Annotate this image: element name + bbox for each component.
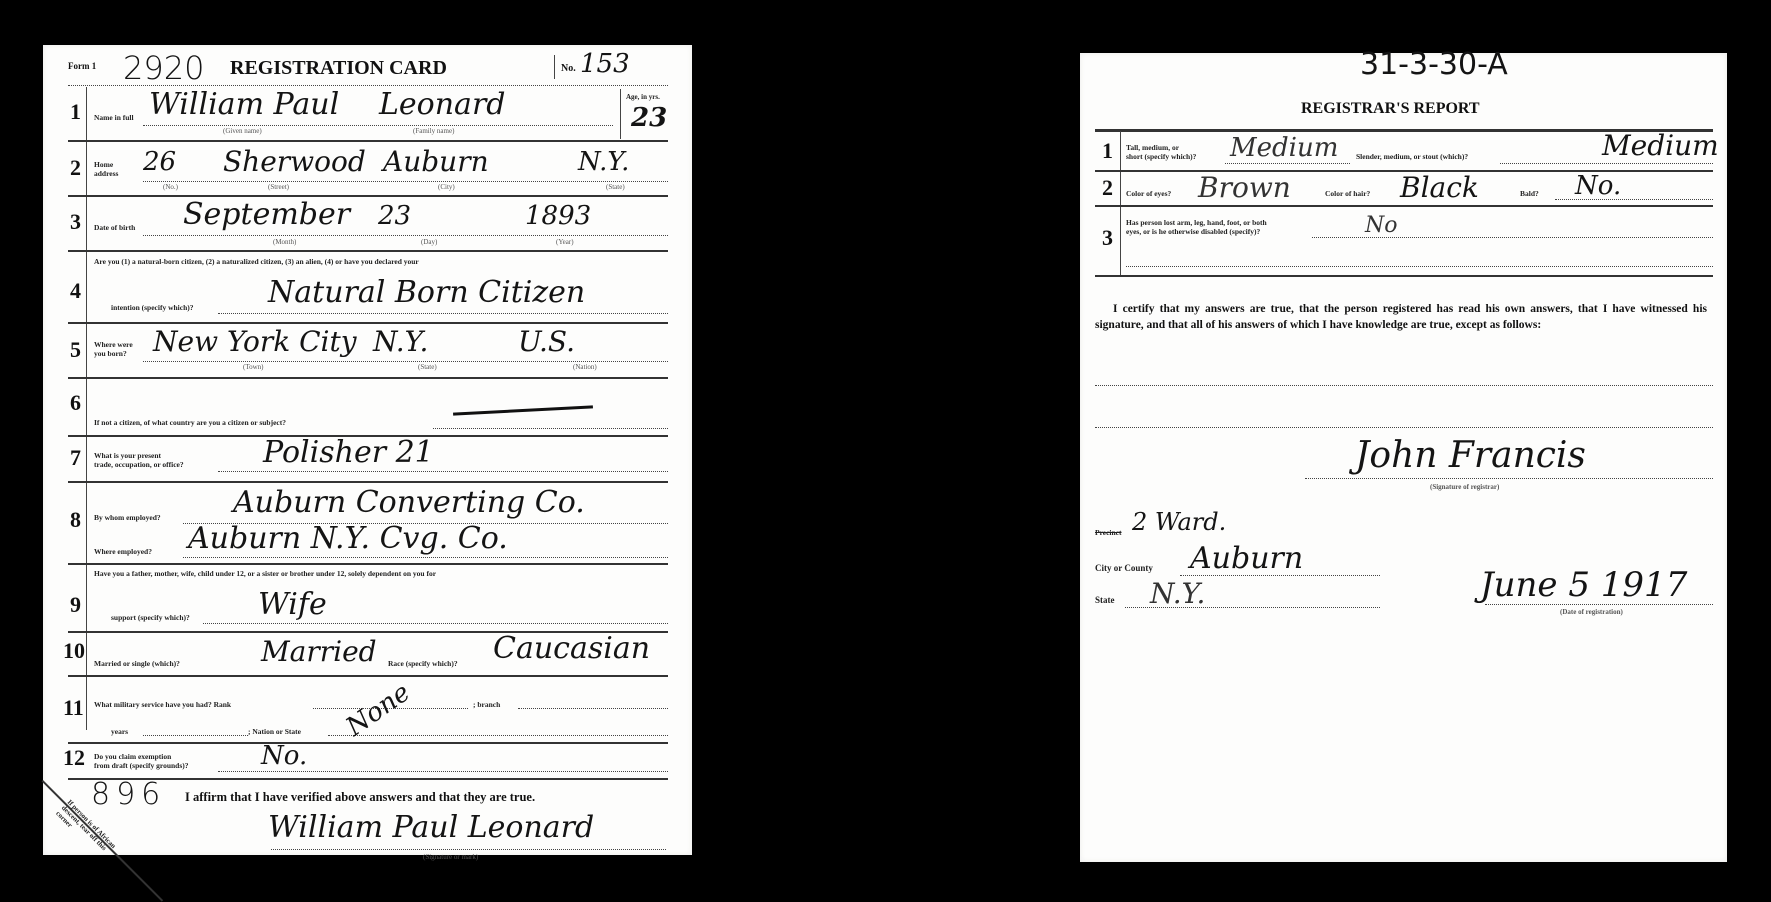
handwritten-number: 896 [91, 777, 166, 812]
divider [1095, 205, 1713, 207]
precinct-value: 2 Ward. [1132, 508, 1226, 536]
report-stamp: 31-3-30-A [1360, 47, 1508, 82]
divider [86, 87, 87, 730]
race-label: Race (specify which)? [388, 659, 458, 668]
divider [218, 313, 668, 314]
divider [143, 235, 668, 236]
height-value: Medium [1230, 133, 1338, 163]
street-value: Sherwood [223, 145, 366, 178]
divider [1312, 237, 1713, 238]
occupation-label-2: trade, occupation, or office? [94, 460, 184, 469]
height-label-1: Tall, medium, or [1126, 143, 1179, 152]
divider [1095, 275, 1713, 277]
divider [68, 675, 668, 677]
exemption-label-1: Do you claim exemption [94, 752, 171, 761]
birth-year-value: 1893 [525, 201, 591, 231]
state-caption: (State) [418, 363, 437, 371]
citizenship-label: intention (specify which)? [111, 303, 194, 312]
branch-label: ; branch [473, 700, 500, 709]
divider [68, 742, 668, 744]
birth-state-value: N.Y. [373, 325, 428, 358]
birth-nation-value: U.S. [518, 325, 575, 358]
dependents-value: Wife [258, 587, 327, 622]
employer-value: Auburn Converting Co. [233, 485, 585, 520]
row-number: 6 [70, 390, 81, 416]
family-name-value: Leonard [379, 87, 506, 122]
race-value: Caucasian [493, 631, 650, 666]
no-label: No. [561, 63, 576, 74]
divider [1555, 199, 1713, 200]
signature-line [1305, 478, 1713, 479]
dependents-question: Have you a father, mother, wife, child u… [94, 569, 436, 578]
registrant-signature: William Paul Leonard [268, 810, 594, 845]
age-label: Age, in yrs. [626, 93, 660, 102]
affirmation-text: I affirm that I have verified above answ… [185, 790, 535, 805]
registration-date-value: June 5 1917 [1480, 565, 1687, 605]
divider [328, 735, 668, 736]
row-number: 7 [70, 445, 81, 471]
work-location-value: Auburn N.Y. Cvg. Co. [188, 521, 508, 556]
address-label: address [94, 169, 118, 178]
occupation-value: Polisher 21 [263, 435, 434, 470]
work-location-label: Where employed? [94, 547, 152, 556]
registrars-report-card: 31-3-30-A REGISTRAR'S REPORT 1 Tall, med… [1080, 53, 1727, 862]
form-label: Form 1 [68, 61, 96, 71]
city-value: Auburn [383, 145, 489, 178]
divider [433, 428, 668, 429]
divider [183, 557, 668, 558]
exceptions-line [1095, 385, 1713, 386]
disability-value: No [1365, 213, 1398, 238]
city-county-value: Auburn [1190, 541, 1303, 576]
hair-color-value: Black [1400, 171, 1479, 204]
employer-label: By whom employed? [94, 513, 161, 522]
birth-day-value: 23 [378, 201, 411, 231]
signature-caption: (Signature or mark) [423, 853, 478, 861]
divider [68, 322, 668, 324]
citizenship-question: Are you (1) a natural-born citizen, (2) … [94, 257, 419, 266]
citizenship-value: Natural Born Citizen [268, 275, 585, 310]
nation-label: ; Nation or State [248, 727, 301, 736]
row-number: 2 [70, 155, 81, 181]
divider [143, 125, 613, 126]
day-caption: (Day) [421, 238, 437, 246]
bald-value: No. [1575, 171, 1621, 201]
home-label: Home [94, 160, 113, 169]
eye-color-value: Brown [1198, 171, 1291, 204]
row-number: 8 [70, 507, 81, 533]
age-value: 23 [631, 103, 667, 133]
divider [68, 85, 668, 86]
name-label: Name in full [94, 113, 134, 122]
foreign-citizenship-label: If not a citizen, of what country are yo… [94, 418, 286, 427]
address-number-value: 26 [143, 147, 176, 177]
row-number: 5 [70, 337, 81, 363]
divider [218, 471, 668, 472]
street-caption: (Street) [268, 183, 289, 191]
divider [143, 181, 668, 182]
row-number: 4 [70, 278, 81, 304]
number-caption: (No.) [163, 183, 178, 191]
town-caption: (Town) [243, 363, 264, 371]
registration-card: Form 1 2920 REGISTRATION CARD No. 153 1 … [43, 45, 692, 855]
month-caption: (Month) [273, 238, 296, 246]
row-number: 1 [70, 99, 81, 125]
divider [68, 563, 668, 565]
row-number: 3 [70, 209, 81, 235]
registrar-signature-caption: (Signature of registrar) [1430, 483, 1499, 491]
state-value: N.Y. [578, 147, 629, 177]
card-number: 153 [580, 49, 630, 79]
report-title: REGISTRAR'S REPORT [1301, 100, 1480, 118]
birth-month-value: September [183, 197, 350, 232]
dependents-label: support (specify which)? [111, 613, 190, 622]
divider [143, 735, 248, 736]
military-service-value: None [341, 677, 416, 742]
birthplace-label-1: Where were [94, 340, 133, 349]
serial-number: 2920 [123, 49, 204, 87]
height-label-2: short (specify which)? [1126, 152, 1196, 161]
divider [68, 195, 668, 197]
birthplace-label-2: you born? [94, 349, 127, 358]
state-value: N.Y. [1150, 577, 1205, 610]
row-number: 10 [63, 638, 85, 664]
divider [1500, 163, 1713, 164]
exemption-label-2: from draft (specify grounds)? [94, 761, 189, 770]
registrar-signature: John Francis [1355, 435, 1586, 476]
disability-label-1: Has person lost arm, leg, hand, foot, or… [1126, 218, 1267, 227]
city-county-label: City or County [1095, 564, 1153, 573]
year-caption: (Year) [556, 238, 574, 246]
divider [1126, 266, 1713, 267]
given-name-caption: (Given name) [223, 127, 262, 135]
years-label: years [111, 727, 128, 736]
certification-text: I certify that my answers are true, that… [1095, 301, 1707, 333]
divider [1180, 575, 1380, 576]
family-name-caption: (Family name) [413, 127, 454, 135]
card-title: REGISTRATION CARD [230, 57, 447, 80]
disability-label-2: eyes, or is he otherwise disabled (speci… [1126, 227, 1260, 236]
dash-mark [453, 405, 593, 415]
row-number: 11 [63, 695, 84, 721]
exemption-value: No. [261, 741, 307, 771]
marital-status-label: Married or single (which)? [94, 659, 180, 668]
divider [518, 708, 668, 709]
date-line [1485, 604, 1713, 605]
bald-label: Bald? [1520, 189, 1539, 198]
divider [68, 377, 668, 379]
birth-date-label: Date of birth [94, 223, 135, 232]
divider [143, 361, 668, 362]
precinct-label: Precinct [1095, 528, 1122, 537]
given-name-value: William Paul [149, 87, 339, 122]
row-number: 9 [70, 592, 81, 618]
nation-caption: (Nation) [573, 363, 597, 371]
birth-town-value: New York City [153, 325, 357, 358]
build-label: Slender, medium, or stout (which)? [1356, 152, 1468, 161]
signature-line [271, 849, 666, 850]
state-label: State [1095, 596, 1115, 605]
divider [68, 250, 668, 252]
divider [218, 771, 668, 772]
divider [620, 89, 621, 139]
divider [1120, 131, 1121, 276]
divider [68, 481, 668, 483]
hair-color-label: Color of hair? [1325, 189, 1370, 198]
divider [1125, 607, 1380, 608]
divider [203, 623, 668, 624]
state-caption: (State) [606, 183, 625, 191]
divider [554, 55, 555, 79]
row-number: 1 [1102, 138, 1113, 164]
row-number: 3 [1102, 225, 1113, 251]
divider [1225, 163, 1350, 164]
occupation-label-1: What is your present [94, 451, 161, 460]
date-caption: (Date of registration) [1560, 608, 1623, 616]
city-caption: (City) [438, 183, 455, 191]
row-number: 12 [63, 745, 85, 771]
eye-color-label: Color of eyes? [1126, 189, 1171, 198]
row-number: 2 [1102, 175, 1113, 201]
marital-status-value: Married [261, 635, 377, 668]
exceptions-line [1095, 427, 1713, 428]
build-value: Medium [1602, 129, 1719, 162]
divider [68, 140, 668, 142]
military-service-label: What military service have you had? Rank [94, 700, 231, 709]
